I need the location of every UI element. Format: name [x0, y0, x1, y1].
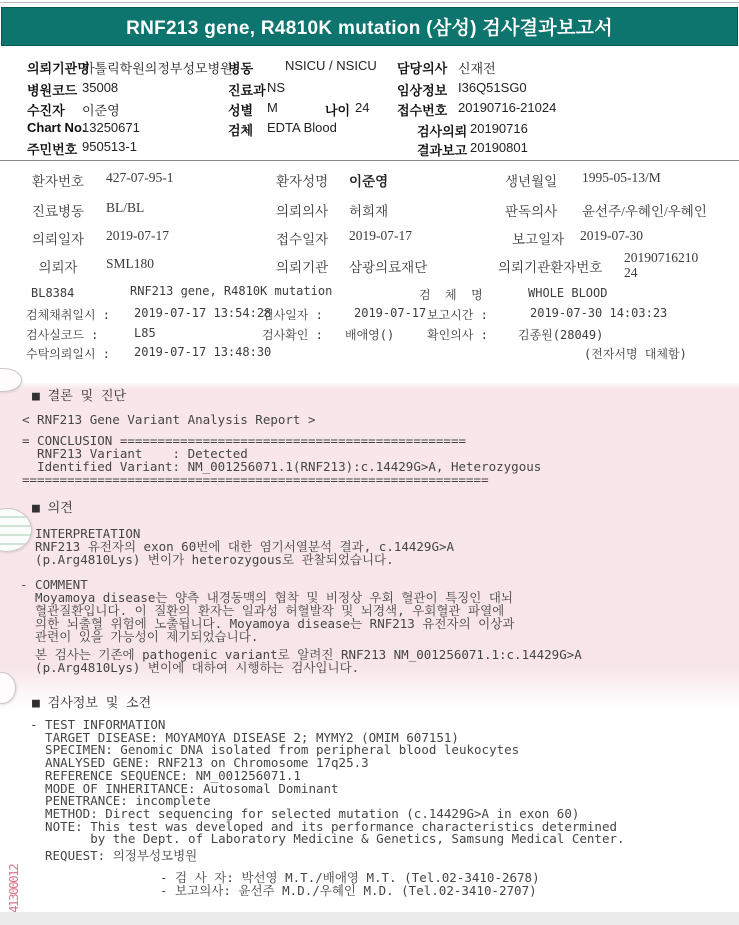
requester-label: 의뢰자	[22, 256, 94, 276]
verified-by-label: 검사확인 :	[262, 326, 323, 343]
report-title: RNF213 gene, R4810K mutation (삼성) 검사결과보고…	[126, 13, 613, 40]
request-text: REQUEST: 의정부성모병원	[45, 849, 197, 862]
patient-no-value: 427-07-95-1	[106, 170, 174, 186]
field-label-hospital-code: 병원코드	[27, 80, 77, 99]
field-value-chart-no: 13250671	[82, 120, 140, 135]
test-info-heading: ■ 검사정보 및 소견	[32, 697, 151, 710]
field-value-sex: M	[267, 100, 278, 115]
specimen-name-label: 검 체 명	[419, 286, 483, 303]
field-value-age: 24	[355, 100, 369, 115]
field-label-chart-no: Chart No.	[27, 120, 86, 135]
test-information-block: - TEST INFORMATION TARGET DISEASE: MOYAM…	[30, 719, 625, 846]
field-value-receipt-no: 20190716-21024	[458, 100, 556, 115]
report-date-label: 보고일자	[512, 228, 564, 248]
top-border-line	[0, 2, 739, 3]
esign-note: (전자서명 대체함)	[584, 345, 687, 362]
conclusion-block: = CONCLUSION ===========================…	[22, 434, 541, 486]
interpretation-text: - INTERPRETATION RNF213 유전자의 exon 60번에 대…	[20, 527, 454, 566]
conclusion-heading: ■ 결론 및 진단	[32, 390, 126, 403]
patient-name-value: 이준영	[349, 170, 388, 190]
test-code: BL8384	[31, 286, 74, 300]
field-value-department: NS	[267, 80, 285, 95]
patient-no-label: 환자번호	[22, 170, 94, 190]
opinion-note-text: 본 검사는 기존에 pathogenic variant로 알려진 RNF213…	[20, 648, 582, 674]
report-date-value: 2019-07-30	[580, 228, 643, 244]
field-label-department: 진료과	[228, 80, 266, 99]
lab-report-page: RNF213 gene, R4810K mutation (삼성) 검사결과보고…	[0, 0, 739, 925]
lab-code-value: L85	[134, 326, 156, 340]
field-label-age: 나이	[325, 100, 350, 119]
report-time-value: 2019-07-30 14:03:23	[530, 306, 667, 320]
collected-at-value: 2019-07-17 13:54:28	[134, 306, 271, 320]
patient-name-label: 환자성명	[276, 170, 328, 190]
entrust-at-value: 2019-07-17 13:48:30	[134, 345, 271, 359]
receipt-date-value: 2019-07-17	[349, 228, 412, 244]
field-label-institution: 의뢰기관명	[27, 58, 90, 77]
confirm-doctor-value: 김종원(28049)	[518, 326, 603, 343]
reading-doctor-value: 윤선주/우혜인/우혜인	[582, 200, 707, 220]
order-date-value: 2019-07-17	[106, 228, 169, 244]
ordering-doctor-value: 허희재	[349, 200, 388, 220]
receipt-date-label: 접수일자	[276, 228, 328, 248]
field-label-receipt-no: 접수번호	[397, 100, 447, 119]
field-label-doctor: 담당의사	[397, 58, 447, 77]
bottom-gray-strip	[0, 912, 739, 925]
field-label-test-request-date: 검사의뢰	[417, 121, 467, 140]
confirm-doctor-label: 확인의사 :	[427, 326, 488, 343]
field-value-test-request-date: 20190716	[470, 121, 528, 136]
org-patient-no-label: 의뢰기관환자번호	[498, 256, 602, 276]
field-value-doctor: 신재전	[458, 58, 496, 77]
comment-text: - COMMENT Moyamoya disease는 양측 내경동맥의 협착 …	[20, 578, 514, 643]
test-date-value: 2019-07-17	[354, 306, 426, 320]
field-label-sex: 성별	[228, 100, 253, 119]
request-org-value: 삼광의료재단	[349, 256, 427, 276]
section-divider-line	[0, 160, 739, 161]
document-side-code: 541300012	[6, 823, 21, 919]
field-value-clinical-info: I36Q51SG0	[458, 80, 527, 95]
requester-value: SML180	[106, 256, 154, 272]
collected-at-label: 검체채취일시 :	[26, 306, 110, 323]
field-label-examinee: 수진자	[27, 100, 65, 119]
field-value-specimen: EDTA Blood	[267, 120, 337, 135]
signers-text: - 검 사 자: 박선영 M.T./배애영 M.T. (Tel.02-3410-…	[160, 871, 540, 897]
lab-code-label: 검사실코드 :	[26, 326, 98, 343]
field-value-ward: NSICU / NSICU	[285, 58, 377, 73]
field-label-ward: 병동	[228, 58, 253, 77]
care-ward-value: BL/BL	[106, 200, 144, 216]
field-value-institution: 가톨릭학원의정부성모병원	[82, 58, 233, 77]
report-title-banner: RNF213 gene, R4810K mutation (삼성) 검사결과보고…	[1, 7, 738, 46]
entrust-at-label: 수탁의뢰일시 :	[26, 345, 110, 362]
field-value-result-report-date: 20190801	[470, 140, 528, 155]
field-label-resident-no: 주민번호	[27, 139, 77, 158]
field-value-resident-no: 950513-1	[82, 139, 137, 154]
verified-by-value: 배애영()	[345, 326, 394, 343]
report-time-label: 보고시간 :	[427, 306, 488, 323]
test-name: RNF213 gene, R4810K mutation	[130, 284, 332, 298]
birthdate-label: 생년월일	[505, 170, 557, 190]
order-date-label: 의뢰일자	[22, 228, 94, 248]
report-subtitle: < RNF213 Gene Variant Analysis Report >	[22, 413, 316, 426]
test-date-label: 검사일자 :	[262, 306, 323, 323]
ordering-doctor-label: 의뢰의사	[276, 200, 328, 220]
field-value-hospital-code: 35008	[82, 80, 118, 95]
opinion-heading: ■ 의견	[32, 502, 73, 515]
reading-doctor-label: 판독의사	[505, 200, 557, 220]
care-ward-label: 진료병동	[22, 200, 94, 220]
specimen-name-value: WHOLE BLOOD	[528, 286, 607, 300]
field-label-clinical-info: 임상정보	[397, 80, 447, 99]
field-label-result-report-date: 결과보고	[417, 140, 467, 159]
request-org-label: 의뢰기관	[276, 256, 328, 276]
field-label-specimen: 검체	[228, 120, 253, 139]
birthdate-value: 1995-05-13/M	[582, 170, 661, 186]
field-value-examinee: 이준영	[82, 100, 120, 119]
org-patient-no-value: 2019071621024	[624, 250, 702, 280]
